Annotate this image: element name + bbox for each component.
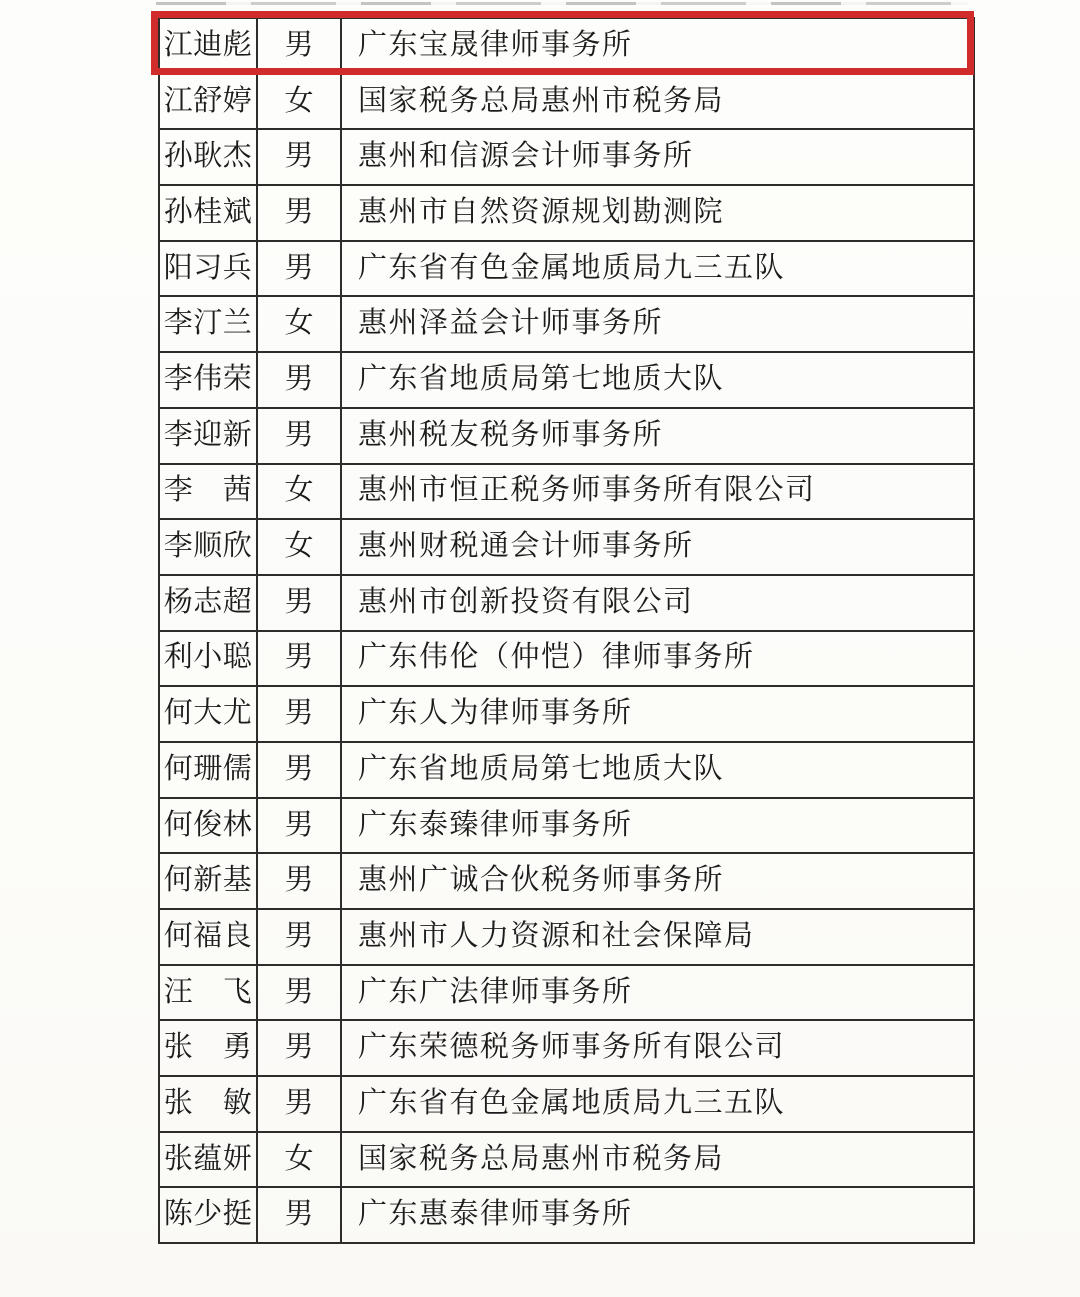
organization-cell: 惠州市自然资源规划勘测院	[341, 185, 974, 241]
name-cell: 杨志超	[159, 575, 257, 631]
scanned-document-page: 江迪彪 男 广东宝晟律师事务所 江舒婷 女 国家税务总局惠州市税务局 孙耿杰 男…	[0, 0, 1080, 1297]
gender-cell: 男	[257, 965, 341, 1021]
name-cell: 陈少挺	[159, 1187, 257, 1243]
organization-cell: 广东省地质局第七地质大队	[341, 742, 974, 798]
gender-cell: 男	[257, 129, 341, 185]
name-cell: 李伟荣	[159, 352, 257, 408]
gender-cell: 男	[257, 909, 341, 965]
roster-table: 江迪彪 男 广东宝晟律师事务所 江舒婷 女 国家税务总局惠州市税务局 孙耿杰 男…	[158, 17, 975, 1244]
name-cell: 何大尤	[159, 686, 257, 742]
gender-cell: 女	[257, 464, 341, 520]
gender-cell: 男	[257, 1020, 341, 1076]
name-cell: 张 勇	[159, 1020, 257, 1076]
table-row: 阳习兵 男 广东省有色金属地质局九三五队	[159, 241, 974, 297]
name-cell: 孙耿杰	[159, 129, 257, 185]
organization-cell: 惠州和信源会计师事务所	[341, 129, 974, 185]
name-cell: 何福良	[159, 909, 257, 965]
table-row: 孙耿杰 男 惠州和信源会计师事务所	[159, 129, 974, 185]
table-row: 李 茜 女 惠州市恒正税务师事务所有限公司	[159, 464, 974, 520]
table-row: 汪 飞 男 广东广法律师事务所	[159, 965, 974, 1021]
scan-artifact-line	[156, 2, 968, 5]
gender-cell: 男	[257, 1187, 341, 1243]
organization-cell: 广东省有色金属地质局九三五队	[341, 241, 974, 297]
table-row: 何俊林 男 广东泰臻律师事务所	[159, 798, 974, 854]
name-cell: 孙桂斌	[159, 185, 257, 241]
organization-cell: 惠州税友税务师事务所	[341, 408, 974, 464]
gender-cell: 男	[257, 631, 341, 687]
table-row: 李迎新 男 惠州税友税务师事务所	[159, 408, 974, 464]
table-row: 江舒婷 女 国家税务总局惠州市税务局	[159, 74, 974, 130]
organization-cell: 广东省地质局第七地质大队	[341, 352, 974, 408]
organization-cell: 惠州泽益会计师事务所	[341, 296, 974, 352]
organization-cell: 国家税务总局惠州市税务局	[341, 1132, 974, 1188]
table-row: 利小聪 男 广东伟伦（仲恺）律师事务所	[159, 631, 974, 687]
gender-cell: 男	[257, 853, 341, 909]
organization-cell: 惠州市人力资源和社会保障局	[341, 909, 974, 965]
gender-cell: 男	[257, 352, 341, 408]
organization-cell: 广东人为律师事务所	[341, 686, 974, 742]
table-row: 张蕴妍 女 国家税务总局惠州市税务局	[159, 1132, 974, 1188]
gender-cell: 女	[257, 519, 341, 575]
organization-cell: 广东伟伦（仲恺）律师事务所	[341, 631, 974, 687]
gender-cell: 女	[257, 1132, 341, 1188]
name-cell: 何新基	[159, 853, 257, 909]
gender-cell: 女	[257, 74, 341, 130]
table-row: 何新基 男 惠州广诚合伙税务师事务所	[159, 853, 974, 909]
table-row: 李汀兰 女 惠州泽益会计师事务所	[159, 296, 974, 352]
name-cell: 李 茜	[159, 464, 257, 520]
organization-cell: 惠州市创新投资有限公司	[341, 575, 974, 631]
gender-cell: 男	[257, 798, 341, 854]
name-cell: 李顺欣	[159, 519, 257, 575]
table-row: 杨志超 男 惠州市创新投资有限公司	[159, 575, 974, 631]
name-cell: 利小聪	[159, 631, 257, 687]
organization-cell: 广东广法律师事务所	[341, 965, 974, 1021]
table-row: 何大尤 男 广东人为律师事务所	[159, 686, 974, 742]
gender-cell: 男	[257, 1076, 341, 1132]
gender-cell: 男	[257, 185, 341, 241]
gender-cell: 男	[257, 241, 341, 297]
name-cell: 张蕴妍	[159, 1132, 257, 1188]
name-cell: 江迪彪	[159, 18, 257, 74]
name-cell: 汪 飞	[159, 965, 257, 1021]
gender-cell: 女	[257, 296, 341, 352]
name-cell: 李迎新	[159, 408, 257, 464]
name-cell: 阳习兵	[159, 241, 257, 297]
name-cell: 何珊儒	[159, 742, 257, 798]
table-row: 何福良 男 惠州市人力资源和社会保障局	[159, 909, 974, 965]
table-row: 李伟荣 男 广东省地质局第七地质大队	[159, 352, 974, 408]
table-row: 何珊儒 男 广东省地质局第七地质大队	[159, 742, 974, 798]
name-cell: 张 敏	[159, 1076, 257, 1132]
gender-cell: 男	[257, 575, 341, 631]
table-row: 陈少挺 男 广东惠泰律师事务所	[159, 1187, 974, 1243]
table-row: 孙桂斌 男 惠州市自然资源规划勘测院	[159, 185, 974, 241]
organization-cell: 国家税务总局惠州市税务局	[341, 74, 974, 130]
organization-cell: 广东省有色金属地质局九三五队	[341, 1076, 974, 1132]
organization-cell: 广东泰臻律师事务所	[341, 798, 974, 854]
table-row: 李顺欣 女 惠州财税通会计师事务所	[159, 519, 974, 575]
gender-cell: 男	[257, 18, 341, 74]
name-cell: 江舒婷	[159, 74, 257, 130]
organization-cell: 惠州财税通会计师事务所	[341, 519, 974, 575]
gender-cell: 男	[257, 408, 341, 464]
table-row: 张 敏 男 广东省有色金属地质局九三五队	[159, 1076, 974, 1132]
gender-cell: 男	[257, 742, 341, 798]
organization-cell: 惠州市恒正税务师事务所有限公司	[341, 464, 974, 520]
roster-table-body: 江迪彪 男 广东宝晟律师事务所 江舒婷 女 国家税务总局惠州市税务局 孙耿杰 男…	[159, 18, 974, 1243]
name-cell: 何俊林	[159, 798, 257, 854]
table-row: 张 勇 男 广东荣德税务师事务所有限公司	[159, 1020, 974, 1076]
table-row: 江迪彪 男 广东宝晟律师事务所	[159, 18, 974, 74]
organization-cell: 惠州广诚合伙税务师事务所	[341, 853, 974, 909]
gender-cell: 男	[257, 686, 341, 742]
organization-cell: 广东宝晟律师事务所	[341, 18, 974, 74]
name-cell: 李汀兰	[159, 296, 257, 352]
organization-cell: 广东荣德税务师事务所有限公司	[341, 1020, 974, 1076]
organization-cell: 广东惠泰律师事务所	[341, 1187, 974, 1243]
